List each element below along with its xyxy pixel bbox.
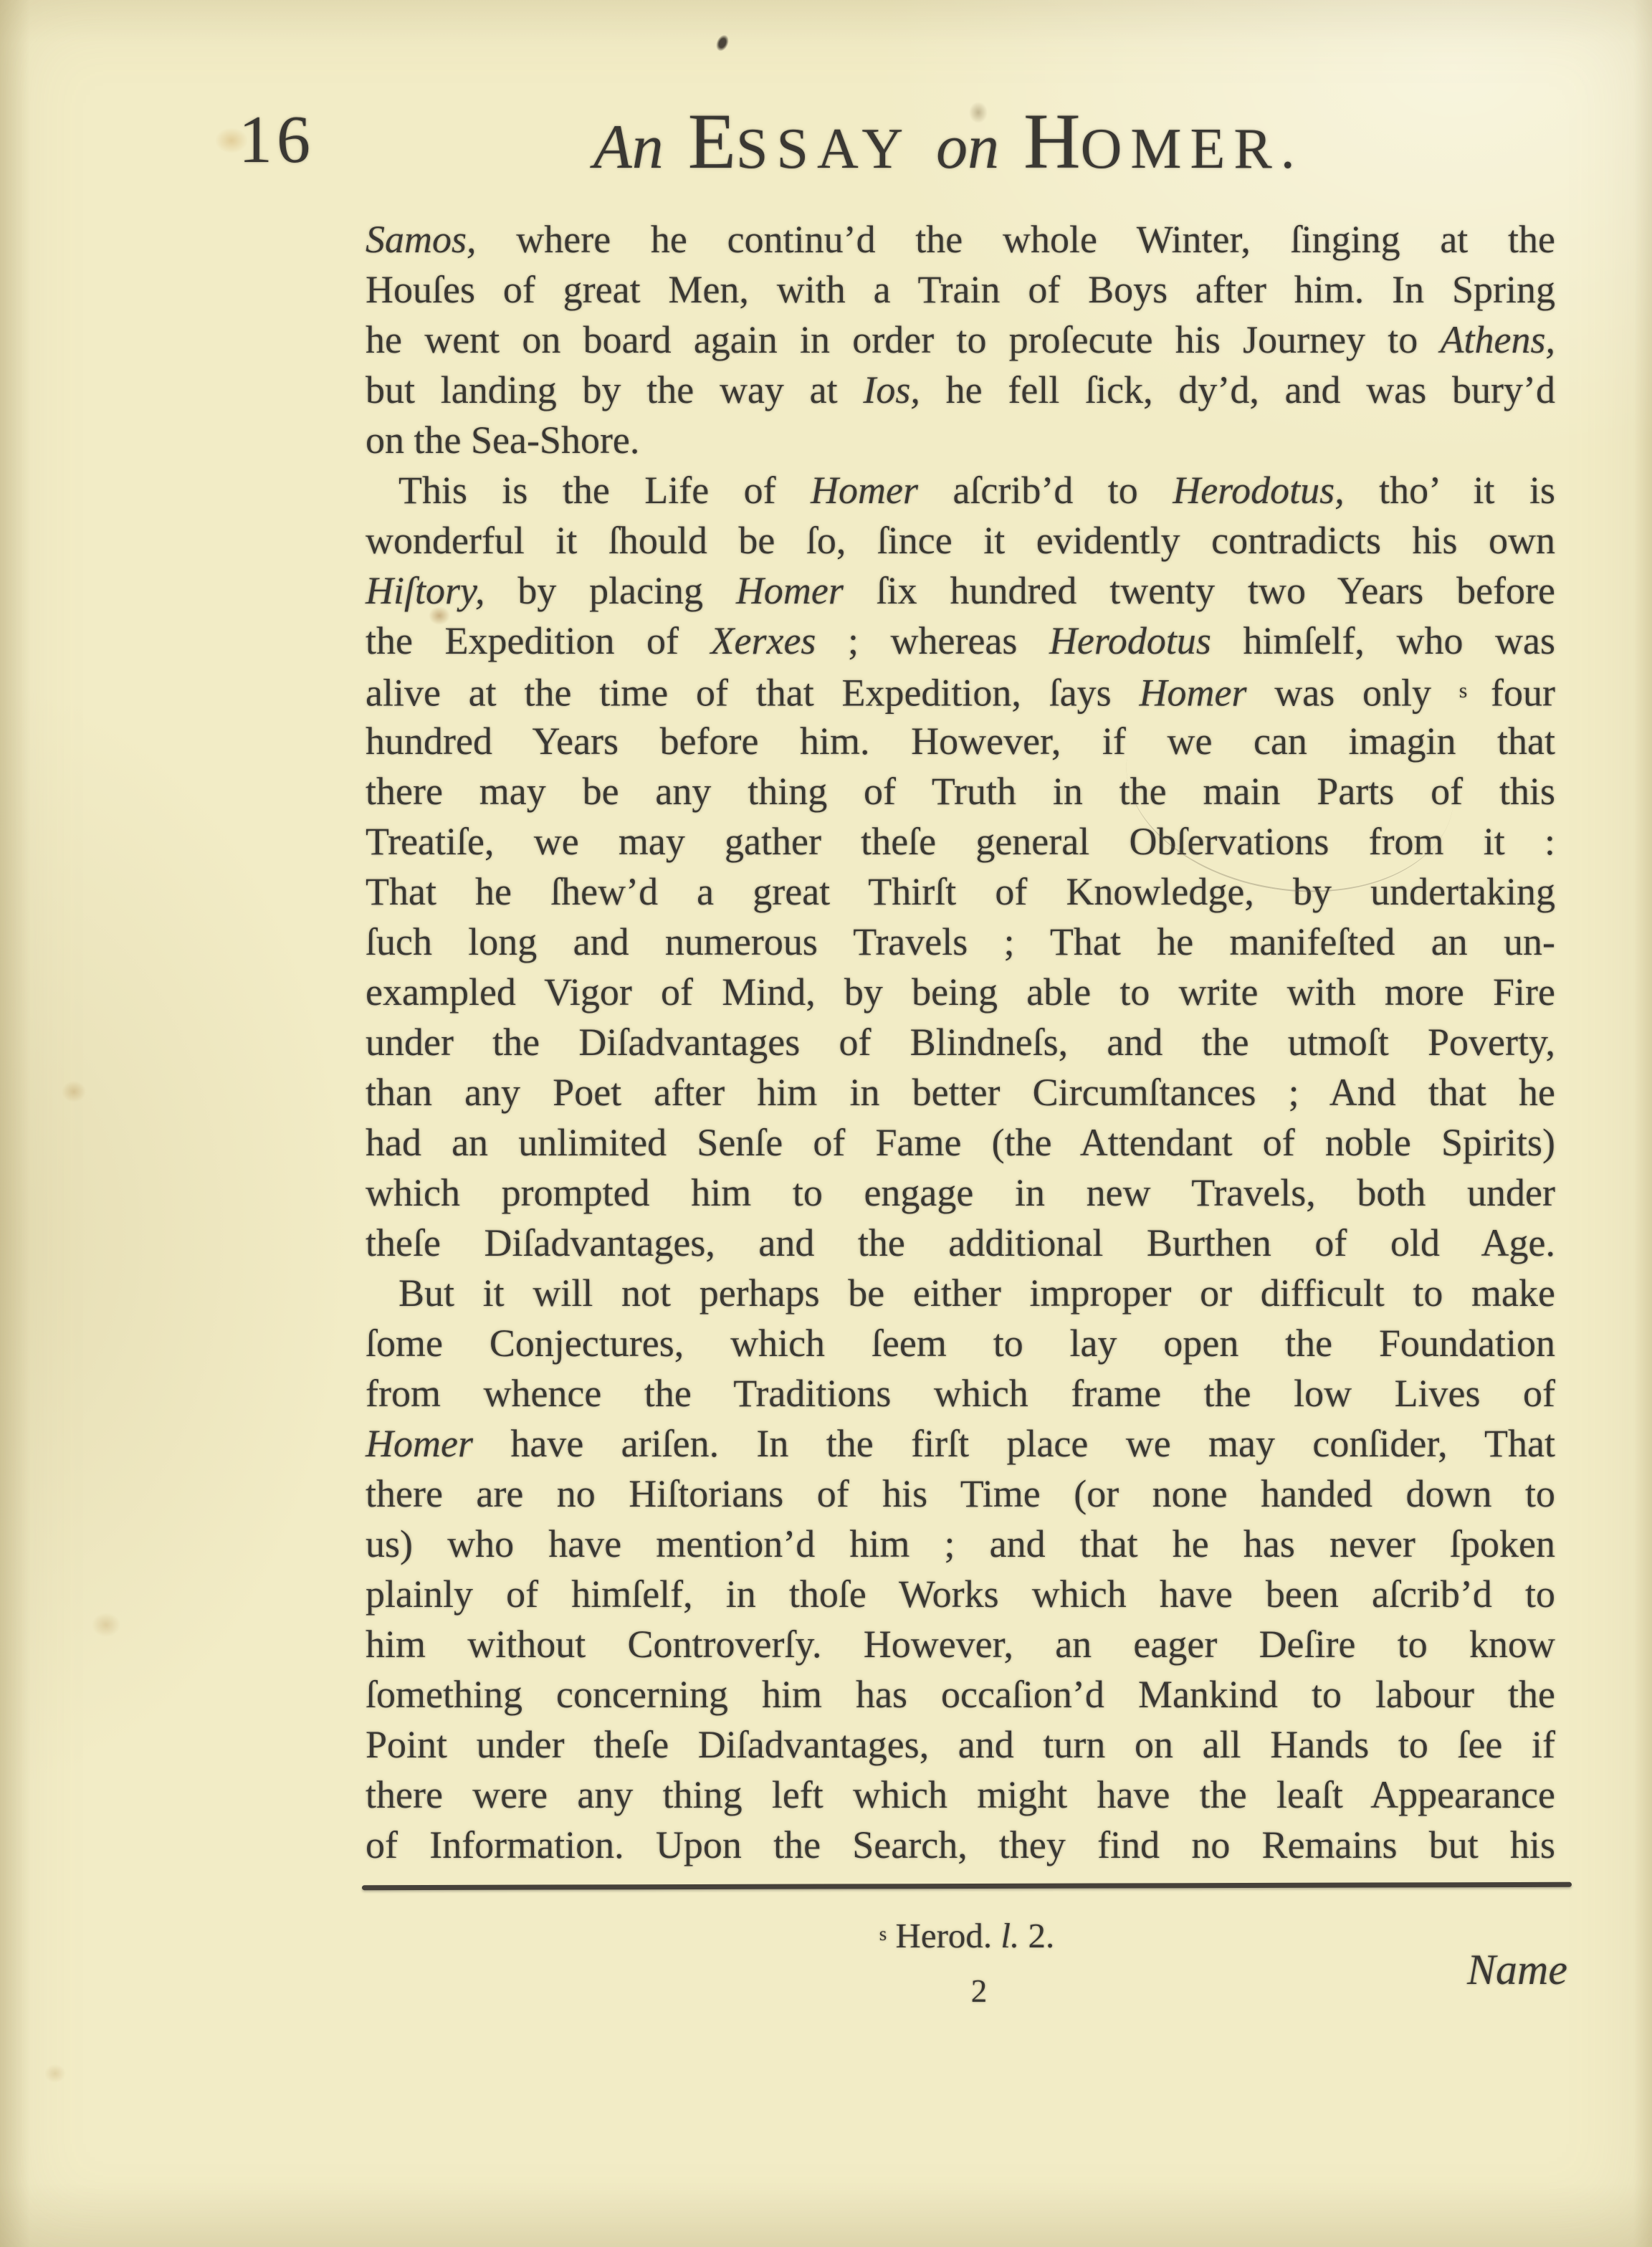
text-segment: had an unlimited Senſe of Fame (the Atte… (366, 1121, 1555, 1164)
text-line: us) who have mention’d him ; and that he… (366, 1519, 1555, 1569)
italic-text: Ios, (863, 368, 920, 411)
text-line: there were any thing left which might ha… (366, 1770, 1555, 1820)
paragraph: But it will not perhaps be either improp… (366, 1268, 1555, 1870)
text-line: Samos, where he continu’d the whole Wint… (366, 214, 1555, 264)
italic-text: Herodotus, (1173, 469, 1345, 512)
text-segment: of Information. Upon the Search, they fi… (366, 1823, 1555, 1866)
text-line: Point under theſe Diſadvantages, and tur… (366, 1719, 1555, 1770)
text-segment: which prompted him to engage in new Trav… (366, 1171, 1555, 1214)
catchword: Name (1467, 1948, 1567, 1991)
italic-text: Hiſtory, (366, 569, 485, 612)
text-line: had an unlimited Senſe of Fame (the Atte… (366, 1117, 1555, 1168)
text-line: than any Poet after him in better Circum… (366, 1067, 1555, 1117)
running-head-an: An (593, 113, 664, 182)
italic-text: Homer (366, 1422, 473, 1465)
italic-text: Homer (811, 469, 918, 512)
footnote-ref-italic: l. (1001, 1916, 1019, 1955)
text-line: on the Sea-Shore. (366, 415, 1555, 465)
text-segment: us) who have mention’d him ; and that he… (366, 1522, 1555, 1565)
text-segment: tho’ it is (1345, 469, 1555, 512)
ink-spot (714, 33, 731, 53)
footnote-marker: s (879, 1923, 887, 1945)
text-segment: the Expedition of (366, 619, 711, 662)
page-number: 16 (239, 106, 315, 173)
text-line: theſe Diſadvantages, and the additional … (366, 1218, 1555, 1268)
text-line: plainly of himſelf, in thoſe Works which… (366, 1569, 1555, 1619)
text-line: which prompted him to engage in new Trav… (366, 1168, 1555, 1218)
footnote-reference-mark: s (1459, 679, 1491, 702)
text-segment: he went on board again in order to proſe… (366, 318, 1441, 361)
text-segment: from whence the Traditions which frame t… (366, 1372, 1555, 1415)
text-line: he went on board again in order to proſe… (366, 315, 1555, 365)
spacer-text (992, 1916, 1001, 1955)
text-segment: plainly of himſelf, in thoſe Works which… (366, 1573, 1555, 1616)
text-segment: This is the Life of (398, 469, 811, 512)
footnote-text (887, 1916, 895, 1955)
italic-text: Athens, (1441, 318, 1555, 361)
text-segment: alive at the time of that Expedition, ſa… (366, 671, 1139, 714)
text-segment: ſix hundred twenty two Years before (844, 569, 1555, 612)
text-segment: Houſes of great Men, with a Train of Boy… (366, 268, 1555, 311)
spacer-text (1019, 1916, 1028, 1955)
paper-stain (62, 1081, 86, 1102)
text-segment: on the Sea-Shore. (366, 419, 639, 462)
italic-text: Samos, (366, 218, 477, 261)
text-segment: ; whereas (816, 619, 1049, 662)
italic-text: Xerxes (711, 619, 816, 662)
paper-stain (92, 1613, 120, 1637)
text-line: of Information. Upon the Search, they fi… (366, 1820, 1555, 1870)
text-line: exampled Vigor of Mind, by being able to… (366, 967, 1555, 1017)
text-line: but landing by the way at Ios, he fell ſ… (366, 365, 1555, 415)
running-head-on: on (936, 113, 999, 182)
text-line: ſomething concerning him has occaſion’d … (366, 1669, 1555, 1719)
text-segment: ſome Conjectures, which ſeem to lay open… (366, 1322, 1555, 1365)
footnote-rule (362, 1882, 1572, 1890)
text-line: there are no Hiſtorians of his Time (or … (366, 1469, 1555, 1519)
text-segment: but landing by the way at (366, 368, 863, 411)
paper-stain (44, 2064, 66, 2083)
text-line: ſome Conjectures, which ſeem to lay open… (366, 1318, 1555, 1368)
text-segment: aſcrib’d to (918, 469, 1173, 512)
running-head-homer-initial: H (1023, 97, 1080, 185)
text-line: But it will not perhaps be either improp… (366, 1268, 1555, 1318)
text-segment: four (1491, 671, 1555, 714)
text-segment: exampled Vigor of Mind, by being able to… (366, 970, 1555, 1013)
book-page-scan: 16 AnESSAYonHOMER. Samos, where he conti… (0, 0, 1652, 2247)
italic-text: Herodotus (1049, 619, 1211, 662)
running-head-essay-rest: SSAY (736, 118, 912, 181)
text-segment: he fell ſick, dy’d, and was bury’d (920, 368, 1555, 411)
text-segment: theſe Diſadvantages, and the additional … (366, 1221, 1555, 1264)
text-line: ſuch long and numerous Travels ; That he… (366, 917, 1555, 967)
text-segment: where he continu’d the whole Winter, ſin… (477, 218, 1555, 261)
text-segment: ſuch long and numerous Travels ; That he… (366, 920, 1555, 963)
text-line: This is the Life of Homer aſcrib’d to He… (366, 465, 1555, 515)
text-block: Samos, where he continu’d the whole Wint… (366, 214, 1555, 1870)
text-segment: by placing (485, 569, 736, 612)
text-line: the Expedition of Xerxes ; whereas Herod… (366, 616, 1555, 666)
signature-mark: 2 (958, 1975, 1001, 2008)
text-segment: wonderful it ſhould be ſo, ſince it evid… (366, 519, 1555, 562)
text-line: wonderful it ſhould be ſo, ſince it evid… (366, 515, 1555, 566)
running-head: AnESSAYonHOMER. (593, 102, 1304, 181)
text-segment: there are no Hiſtorians of his Time (or … (366, 1472, 1555, 1515)
text-line: Homer have ariſen. In the firſt place we… (366, 1418, 1555, 1469)
text-line: from whence the Traditions which frame t… (366, 1368, 1555, 1418)
text-segment: under the Diſadvantages of Blindneſs, an… (366, 1021, 1555, 1064)
footnote-ref-number: 2. (1028, 1916, 1055, 1955)
text-line: him without Controverſy. However, an eag… (366, 1619, 1555, 1669)
text-segment: than any Poet after him in better Circum… (366, 1071, 1555, 1114)
text-segment: him without Controverſy. However, an eag… (366, 1623, 1555, 1666)
text-segment: have ariſen. In the firſt place we may c… (473, 1422, 1555, 1465)
running-head-essay-initial: E (688, 97, 736, 185)
text-line: Hiſtory, by placing Homer ſix hundred tw… (366, 566, 1555, 616)
italic-text: Homer (736, 569, 844, 612)
text-segment: ſomething concerning him has occaſion’d … (366, 1673, 1555, 1716)
text-segment: himſelf, who was (1211, 619, 1555, 662)
running-head-homer-rest: OMER. (1081, 118, 1304, 181)
text-segment: But it will not perhaps be either improp… (398, 1272, 1555, 1315)
footnote-roman: Herod. (895, 1916, 992, 1955)
paragraph: Samos, where he continu’d the whole Wint… (366, 214, 1555, 465)
footnote: s Herod. l. 2. (362, 1915, 1572, 1957)
text-segment: Point under theſe Diſadvantages, and tur… (366, 1723, 1555, 1766)
text-line: under the Diſadvantages of Blindneſs, an… (366, 1017, 1555, 1067)
text-segment: there were any thing left which might ha… (366, 1773, 1555, 1816)
text-line: Houſes of great Men, with a Train of Boy… (366, 264, 1555, 315)
